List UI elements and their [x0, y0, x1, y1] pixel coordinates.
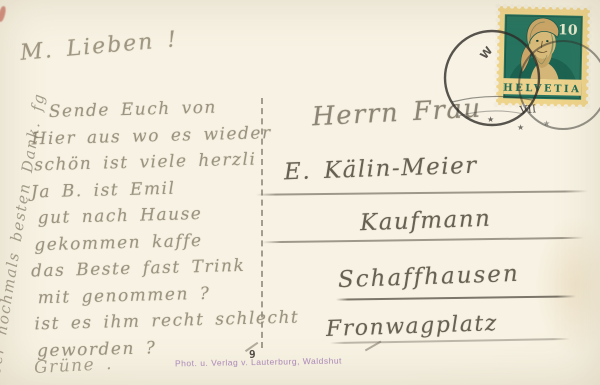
star-icon: ★ — [517, 123, 524, 132]
postcard: M. Lieben ! Sende Euch von Hier aus wo e… — [0, 0, 600, 385]
address-rule — [256, 190, 588, 195]
stamp-country: HELVETIA — [503, 83, 581, 96]
stamp-art: HELVETIA 10 — [496, 6, 590, 107]
greeting: M. Lieben ! — [19, 27, 179, 66]
address-name: E. Kälin-Meier — [284, 153, 479, 186]
publisher-imprint: Phot. u. Verlag v. Lauterburg, Waldshut — [175, 356, 342, 369]
address-street: Fronwagplatz — [326, 311, 499, 342]
address-recipient: Herrn Frau — [311, 94, 482, 133]
postage-stamp: HELVETIA 10 — [496, 6, 590, 107]
address-rule — [262, 237, 584, 243]
print-mark: 9 — [249, 348, 256, 361]
signature: Grüne . — [34, 354, 114, 378]
star-icon: ★ — [487, 115, 494, 124]
red-ink-mark — [0, 6, 7, 23]
star-icon: ★ — [543, 119, 550, 128]
message-block: Sende Euch von Hier aus wo es wieder sch… — [27, 93, 301, 365]
address-city: Schaffhausen — [338, 261, 521, 293]
postmark-town-letters: W — [478, 44, 496, 62]
address-occupation: Kaufmann — [360, 206, 492, 237]
stamp-denomination: 10 — [558, 22, 578, 38]
